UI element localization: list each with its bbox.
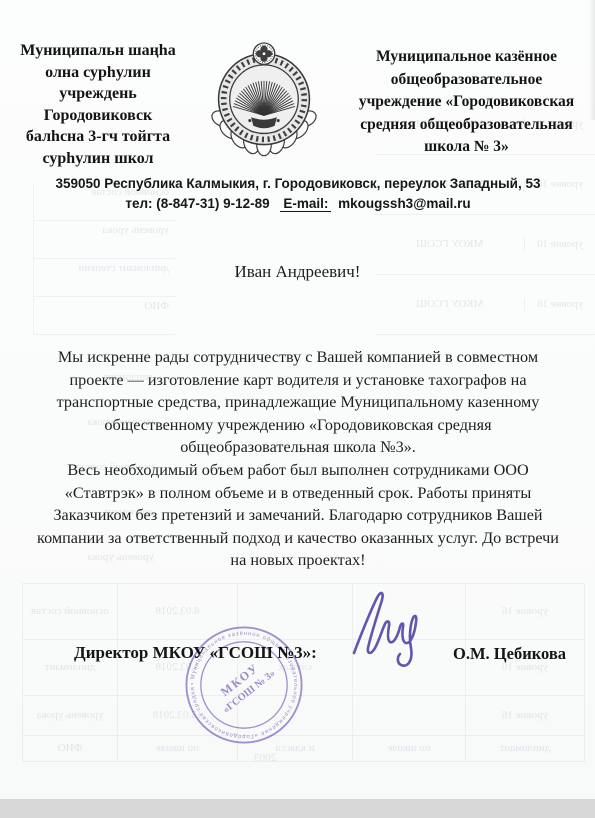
letterhead-kalmyk-line: Муниципальн шаңһа (2, 40, 194, 62)
handwritten-signature-icon (346, 585, 438, 673)
body-line: проекте — изготовление карт водителя и у… (22, 369, 574, 392)
body-line: транспортные средства, принадлежащие Мун… (22, 391, 574, 414)
email-label: E-mail: (280, 196, 331, 212)
letter-body: Мы искренне рады сотрудничеству с Вашей … (22, 346, 574, 572)
email-address: mkougssh3@mail.ru (338, 196, 470, 211)
letterhead-russian-line: общеобразовательное (338, 69, 595, 92)
phone-number: тел: (8-847-31) 9-12-89 (125, 196, 269, 211)
body-line: Весь необходимый объем работ был выполне… (22, 459, 574, 482)
body-line: общеобразовательная школа №3». (22, 436, 574, 459)
letterhead-kalmyk: Муниципальн шаңһа олна сурһулин учрежден… (2, 40, 194, 169)
letterhead-russian-line: средняя общеобразовательная (338, 114, 595, 137)
letterhead-russian-line: школа № 3» (338, 136, 595, 159)
bleed-row: ФИО (33, 297, 175, 335)
letter-scan: уровне 10МКОУ ГСОШ уровне 16МКОУ ГСОШ ур… (0, 0, 595, 818)
body-line: Мы искренне рады сотрудничеству с Вашей … (22, 346, 574, 369)
signature-name: О.М. Цебикова (453, 644, 566, 664)
letterhead-kalmyk-line: Городовиковск (2, 105, 194, 127)
address-line: 359050 Республика Калмыкия, г. Городовик… (28, 174, 568, 194)
body-line: на новых проектах! (22, 549, 574, 572)
letterhead-kalmyk-line: балһсна 3-гч тойгта (2, 126, 194, 148)
letterhead-russian-line: учреждение «Городовиковская (338, 91, 595, 114)
contact-line: тел: (8-847-31) 9-12-89 E-mail: mkougssh… (28, 194, 568, 214)
address-block: 359050 Республика Калмыкия, г. Городовик… (28, 174, 568, 214)
scan-edge-shadow (589, 0, 595, 120)
body-line: Заказчиком без претензий и замечаний. Бл… (22, 504, 574, 527)
letterhead-kalmyk-line: учреждень (2, 83, 194, 105)
body-line: «Ставтрэк» в полном объеме и в отведенны… (22, 482, 574, 505)
official-stamp-icon: • Муниципальное казённое общеобразовател… (179, 616, 309, 754)
salutation: Иван Андреевич! (0, 262, 595, 282)
letterhead-kalmyk-line: олна сурһулин (2, 62, 194, 84)
letterhead-russian: Муниципальное казённое общеобразовательн… (338, 46, 595, 159)
bleed-row: уровне 16МКОУ ГСОШ (375, 275, 595, 335)
letterhead-russian-line: Муниципальное казённое (338, 46, 595, 69)
letterhead-kalmyk-line: сурһулин школ (2, 148, 194, 170)
kalmykia-coat-of-arms-icon (204, 28, 324, 172)
body-line: общественному учреждению «Городовиковска… (22, 414, 574, 437)
body-line: компании за ответственный подход и качес… (22, 527, 574, 550)
bleed-row: уровень урока (33, 221, 175, 259)
scan-edge-strip (0, 799, 595, 818)
